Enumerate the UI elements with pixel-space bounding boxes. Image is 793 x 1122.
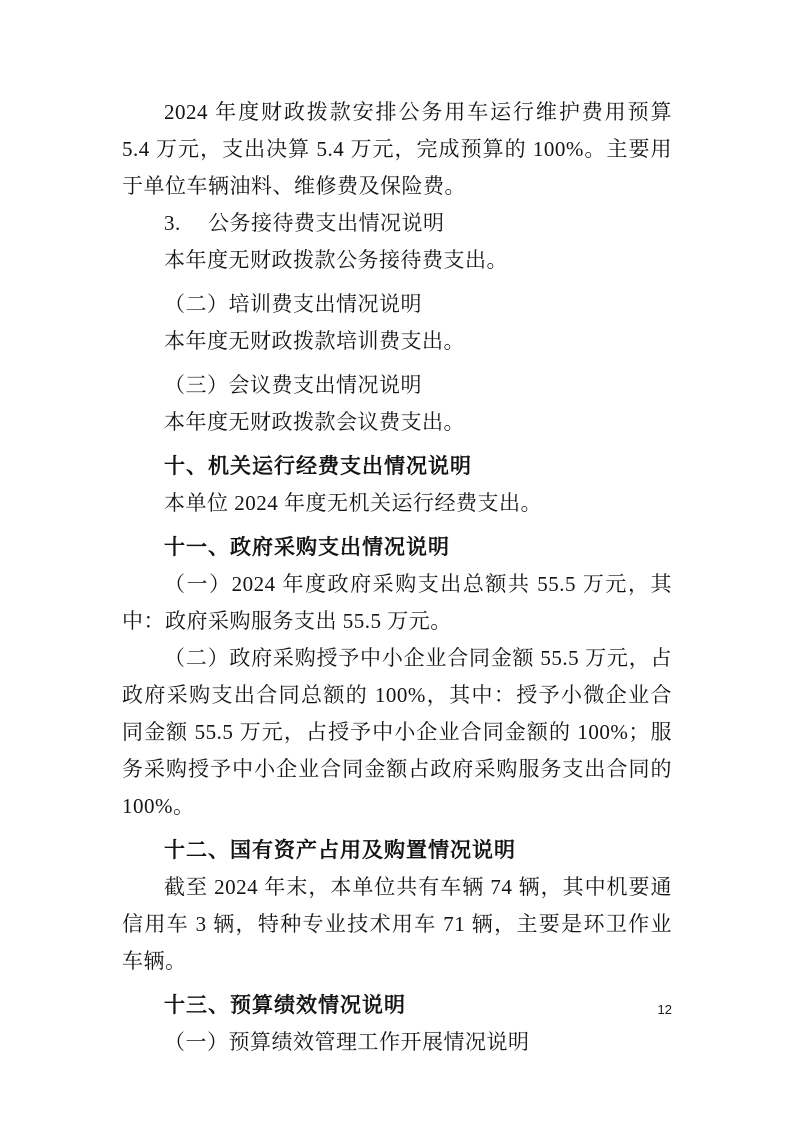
para-procurement-sme-contracts: （二）政府采购授予中小企业合同金额 55.5 万元，占政府采购支出合同总额的 1…	[122, 640, 672, 825]
page-number: 12	[122, 1002, 672, 1017]
heading-section-12-state-assets: 十二、国有资产占用及购置情况说明	[122, 832, 672, 869]
para-no-agency-operating-funds: 本单位 2024 年度无机关运行经费支出。	[122, 485, 672, 522]
para-vehicles-owned: 截至 2024 年末，本单位共有车辆 74 辆，其中机要通信用车 3 辆，特种专…	[122, 869, 672, 980]
para-no-meeting-fee-expense: 本年度无财政拨款会议费支出。	[122, 404, 672, 441]
item-3-official-reception-heading: 3. 公务接待费支出情况说明	[122, 205, 672, 242]
heading-section-11-government-procurement: 十一、政府采购支出情况说明	[122, 529, 672, 566]
para-no-official-reception-expense: 本年度无财政拨款公务接待费支出。	[122, 242, 672, 279]
document-body: 2024 年度财政拨款安排公务用车运行维护费用预算 5.4 万元，支出决算 5.…	[122, 94, 672, 1061]
para-vehicle-operating-cost: 2024 年度财政拨款安排公务用车运行维护费用预算 5.4 万元，支出决算 5.…	[122, 94, 672, 205]
subheading-performance-management: （一）预算绩效管理工作开展情况说明	[122, 1024, 672, 1061]
document-page: 2024 年度财政拨款安排公务用车运行维护费用预算 5.4 万元，支出决算 5.…	[0, 0, 793, 1122]
para-procurement-total: （一）2024 年度政府采购支出总额共 55.5 万元，其中：政府采购服务支出 …	[122, 566, 672, 640]
heading-section-10-agency-operating-funds: 十、机关运行经费支出情况说明	[122, 448, 672, 485]
subheading-meeting-fee: （三）会议费支出情况说明	[122, 367, 672, 404]
subheading-training-fee: （二）培训费支出情况说明	[122, 286, 672, 323]
para-no-training-fee-expense: 本年度无财政拨款培训费支出。	[122, 323, 672, 360]
